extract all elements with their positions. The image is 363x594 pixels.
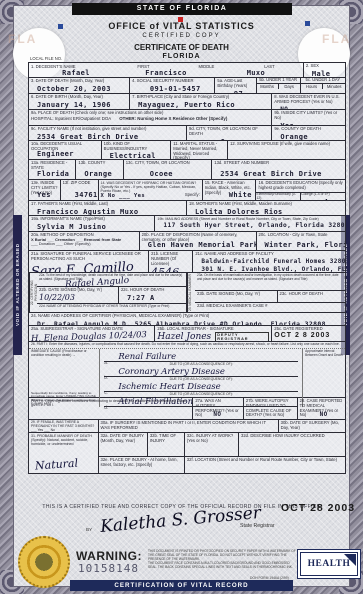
field-county-of-death: 9e. COUNTY OF DEATH Orange — [272, 126, 345, 140]
field-age: 5a. AGE-Last Birthday (Years) 97 — [215, 78, 256, 93]
field-label: 23c. HOUR OF DEATH — [280, 292, 344, 297]
field-education: 16. DECEDENT'S EDUCATION (Specify only h… — [256, 180, 344, 200]
field-occupation: 10a. DECEDENT'S USUAL OCCUPATION Enginee… — [29, 141, 102, 159]
immediate-cause-label: IMMEDIATE CAUSE (Final disease or condit… — [31, 350, 97, 358]
field-license-number: 21b. LICENSE NUMBER (Of Licensee) 4546 — [149, 251, 193, 272]
field-label: 9d. CITY, TOWN, OR LOCATION OF DEATH — [189, 127, 269, 137]
mother-name-value: Lolita Dolores Rios — [195, 208, 343, 215]
field-label: 24. NAME AND ADDRESS OF CERTIFIER (PHYSI… — [31, 314, 343, 319]
line-prefix: a. — [104, 360, 108, 365]
me-reported-value: NO — [320, 411, 328, 418]
field-funeral-licensee-signature: 21a. SIGNATURE OF FUNERAL SERVICE LICENS… — [29, 251, 149, 272]
residence-state-value: Florida — [37, 170, 69, 178]
table-row: PART II: Other significant conditions co… — [29, 398, 345, 420]
state-banner: STATE OF FLORIDA — [72, 3, 292, 15]
field-surviving-spouse: 12. SURVIVING SPOUSE (If wife, give maid… — [228, 141, 345, 159]
interval-label: Approximate Interval Between Onset and D… — [305, 350, 343, 357]
warning-label: WARNING: — [76, 549, 142, 563]
field-label: 21c. NAME AND ADDRESS OF FACILITY — [195, 252, 343, 257]
field-label: 13d. STREET AND NUMBER — [214, 161, 343, 166]
medical-examiner-block: 23. MEDICAL EXAMINER 23a. On the basis o… — [187, 273, 345, 312]
field-label: 6. DATE OF BIRTH (Month, Day, Year) — [31, 95, 127, 100]
field-me-reported: 28. CASE REPORTED TO MEDICAL EXAMINER? (… — [298, 398, 345, 419]
field-informant-name: 19a. INFORMANT'S NAME (Type/Print) Sylvi… — [29, 216, 155, 231]
table-row: 24. NAME AND ADDRESS OF CERTIFIER (PHYSI… — [29, 313, 345, 326]
field-father-name: 17. FATHER'S NAME (First, Middle, Last) … — [29, 201, 187, 215]
document-number: 10158148 — [78, 562, 139, 575]
line-prefix: b. — [104, 375, 108, 380]
field-subregistrar: 25a. SUBREGISTRAR - SIGNATURE AND DATE H… — [29, 326, 155, 341]
cause-b-value: Coronary Artery Disease — [118, 367, 225, 377]
table-row: 19a. INFORMANT'S NAME (Type/Print) Sylvi… — [29, 216, 345, 232]
field-sublabel: College (1-4 or 5+) — [301, 193, 345, 197]
field-armed-forces: 8. WAS DECEDENT EVER IN U.S. ARMED FORCE… — [272, 94, 345, 109]
father-name-value: Francisco Agustin Muxo — [37, 208, 184, 215]
field-autopsy-findings: 27b. WERE AUTOPSY FINDINGS USED TO COMPL… — [244, 398, 298, 419]
warning-text-2: THE DOCUMENT FACE CONTAINS A MULTI-COLOR… — [148, 561, 296, 569]
field-sublabel: Minutes — [323, 84, 345, 89]
field-certifier-name-address: 24. NAME AND ADDRESS OF CERTIFIER (PHYSI… — [29, 313, 345, 325]
field-label: 9c. FACILITY NAME (If not institution, g… — [31, 127, 184, 132]
field-label: 32f. LOCATION (Street and Number or Rura… — [187, 458, 343, 463]
field-label: 27b. WERE AUTOPSY FINDINGS USED TO COMPL… — [246, 399, 295, 418]
disposition-options: ___ Donation ___ Other (Specify) — [31, 242, 137, 247]
field-label: 32d. DESCRIBE HOW INJURY OCCURRED — [241, 434, 343, 439]
field-facility-name: 9c. FACILITY NAME (If not institution, g… — [29, 126, 187, 140]
field-marital-status: 11. MARITAL STATUS - Married, Never Marr… — [171, 141, 228, 159]
field-industry: 10b. KIND OF BUSINESS/INDUSTRY Electrica… — [102, 141, 172, 159]
field-label: 23a. On the basis of examination and/or … — [197, 274, 343, 281]
cause-line-a: a.Renal Failure — [104, 351, 298, 362]
field-informant-address: 19b. MAILING ADDRESS (Street and Number … — [155, 216, 345, 231]
local-file-no-label: LOCAL FILE NO. — [30, 56, 62, 61]
field-label: 30b. DATE OF SURGERY (Mo, Day, Year) — [281, 421, 343, 431]
field-label: 5a. AGE-Last Birthday (Years) — [217, 79, 253, 89]
field-zip-code: 13f. ZIP CODE 34761 — [61, 180, 99, 200]
line-prefix: c. — [104, 390, 107, 395]
state-registrar-title: State Registrar — [240, 523, 275, 529]
field-label: 23d. MEDICAL EXAMINER'S CASE # — [197, 304, 343, 309]
informant-name-value: Sylvia M Jusino — [37, 223, 152, 231]
table-row: 6. DATE OF BIRTH (Month, Day, Year) Janu… — [29, 94, 345, 110]
field-label: 19a. INFORMANT'S NAME (Type/Print) — [31, 217, 152, 222]
field-sex: 2. SEX Male — [304, 63, 345, 77]
place-of-death-other-options: OTHER: Nursing Home X Residence Other (S… — [119, 116, 227, 121]
field-label: 5c. UNDER 1 DAY — [301, 78, 345, 83]
field-label: 9b. INSIDE CITY LIMITS? (Yes or No) — [274, 111, 343, 121]
field-disposition-method: 20a. METHOD OF DISPOSITION X Burial ___ … — [29, 232, 140, 250]
field-inside-city-limits-death: 9b. INSIDE CITY LIMITS? (Yes or No) Yes — [272, 110, 345, 125]
occupation-value: Engineer — [37, 150, 74, 158]
certifying-physician-block: 22. CERTIFYING PHYSICIAN 22a. To the bes… — [29, 273, 187, 312]
warning-text-1: THIS DOCUMENT IS PRINTED OR PHOTOCOPIED … — [148, 549, 296, 561]
field-label: 8. WAS DECEDENT EVER IN U.S. ARMED FORCE… — [274, 95, 343, 105]
field-label: 13f. ZIP CODE — [63, 181, 96, 186]
table-row: 22. CERTIFYING PHYSICIAN 22a. To the bes… — [29, 273, 345, 313]
industry-value: Electrical Mechanical — [110, 153, 169, 159]
field-pregnancy: 29. IF FEMALE, WAS THERE A PREGNANCY IN … — [29, 420, 99, 432]
zip-code-value: 34761 — [75, 191, 98, 199]
field-birthplace: 7. BIRTHPLACE (City and State or Foreign… — [130, 94, 272, 109]
city-of-death-value: Ocoee — [195, 138, 269, 140]
table-row: 25a. SUBREGISTRAR - SIGNATURE AND DATE H… — [29, 326, 345, 342]
field-ssn: 4. SOCIAL SECURITY NUMBER 091-01-5457 — [130, 78, 215, 93]
table-row: 29. IF FEMALE, WAS THERE A PREGNANCY IN … — [29, 420, 345, 433]
residence-street-value: 2534 Great Birch Drive — [220, 170, 322, 178]
field-label: 7. BIRTHPLACE (City and State or Foreign… — [132, 95, 269, 100]
field-label: 32e. PLACE OF INJURY - At home, farm, st… — [101, 458, 182, 468]
facility-address-line1: Baldwin-Fairchild Funeral Homes 32804 — [201, 258, 343, 265]
certification-bottom-bar: CERTIFICATION OF VITAL RECORD — [70, 580, 293, 591]
field-label: 2. SEX — [306, 64, 343, 69]
field-label: 32b. TIME OF INJURY — [150, 434, 182, 444]
field-sublabel: Hours — [301, 84, 324, 89]
decedent-first-name: Rafael — [31, 69, 121, 77]
field-label: 10b. KIND OF BUSINESS/INDUSTRY — [104, 142, 169, 152]
field-label: 23b. DATE SIGNED (Mo, Day, Yr) — [197, 292, 275, 297]
disposition-location-value: Winter Park, Florida — [265, 241, 345, 249]
field-label: 32c. INJURY AT WORK? (Yes or No) — [187, 434, 236, 444]
field-date-of-death: 3. DATE OF DEATH (Month, Day, Year) Octo… — [29, 78, 130, 93]
field-label: 13c. CITY, TOWN, OR LOCATION — [126, 161, 209, 166]
table-row: 1. DECEDENT'S NAMEFIRSTMIDDLELAST Rafael… — [29, 63, 345, 78]
field-residence-state: 13a. RESIDENCE - STATE Florida — [29, 160, 76, 179]
residence-city-limits-value: Yes — [37, 191, 51, 199]
certifier-name-address-value: Dr. Rafael Angulo M.D. 5265 Alhambra Dri… — [37, 320, 343, 325]
field-race: 15. RACE - American Indian, Black, White… — [203, 180, 257, 200]
health-logo: HEALTH — [300, 552, 358, 576]
field-place-of-death: 9a. PLACE OF DEATH (Check only one; see … — [29, 110, 272, 125]
date-signed-value: 10/22/03 — [39, 293, 116, 302]
field-under-1-year: 5b. UNDER 1 YEAR MonthsDays — [257, 78, 301, 93]
field-under-1-day: 5c. UNDER 1 DAY HoursMinutes — [301, 78, 345, 93]
decedent-middle-name: Francisco — [121, 69, 211, 77]
injury-section: 31. PROBABLE MANNER OF DEATH (Specify): … — [29, 433, 345, 473]
void-band-left: VOID IF ALTERED OR ERASED — [13, 215, 22, 355]
table-row: 13e. INSIDE CITY LIMITS? (Yes or No) Yes… — [29, 180, 345, 201]
field-part2: PART II: Other significant conditions co… — [29, 398, 193, 419]
race-value: White — [229, 191, 252, 199]
medical-examiner-side-label: 23. MEDICAL EXAMINER — [187, 273, 195, 312]
field-label: 32a. DATE OF INJURY (Month, Day, Year) — [101, 434, 145, 444]
field-label: 30a. IF SURGERY IS MENTIONED IN PART I o… — [101, 421, 276, 431]
field-hispanic-origin: 14. WAS DECEDENT OF HISPANIC OR HAITIAN … — [99, 180, 203, 200]
field-local-registrar: 25b. LOCAL REGISTRAR - SIGNATURE Hazel J… — [155, 326, 272, 341]
field-label: 18. MOTHER'S NAME (First, Middle, Maiden… — [189, 202, 343, 207]
license-number-value: 4546 — [151, 266, 190, 272]
field-manner-of-death: 31. PROBABLE MANNER OF DEATH (Specify): … — [29, 433, 99, 473]
field-label: 16. DECEDENT'S EDUCATION (Specify only h… — [256, 180, 344, 192]
death-certificate-page: STATE OF FLORIDA FLA FLA OFFICE of VITAL… — [0, 0, 363, 594]
field-label: 19b. MAILING ADDRESS (Street and Number … — [157, 217, 343, 221]
residence-county-value: Orange — [84, 170, 112, 178]
cause-line-b: b.Coronary Artery Disease — [104, 366, 298, 377]
field-label: 11. MARITAL STATUS - Married, Never Marr… — [173, 142, 225, 159]
field-label: 3. DATE OF DEATH (Month, Day, Year) — [31, 79, 127, 84]
field-surgery-condition: 30a. IF SURGERY IS MENTIONED IN PART I o… — [99, 420, 279, 432]
hispanic-origin-value: X No ___ Yes — [101, 193, 146, 199]
local-registrar-signature: Hazel Jones — [157, 332, 211, 341]
autopsy-value: NO — [213, 411, 221, 418]
field-sublabel: Months — [257, 84, 279, 89]
field-mother-name: 18. MOTHER'S NAME (First, Middle, Maiden… — [187, 201, 345, 215]
field-label: PART II: Other significant conditions co… — [31, 399, 190, 407]
field-residence-city: 13c. CITY, TOWN, OR LOCATION Ocoee — [124, 160, 212, 179]
field-label: 22c. HOUR OF DEATH — [121, 288, 184, 293]
date-of-birth-value: January 14, 1906 — [37, 101, 127, 109]
sex-value: Male — [312, 70, 343, 77]
decedent-last-name: Muxo — [211, 69, 301, 77]
field-label: 20c. LOCATION - City or Town, State — [259, 233, 343, 238]
cause-line-c: c.Ischemic Heart Disease — [104, 381, 298, 392]
field-label: 17. FATHER'S NAME (First, Middle, Last) — [31, 202, 184, 207]
great-seal-icon — [18, 536, 70, 588]
field-label: 13b. COUNTY — [78, 161, 120, 166]
manner-of-death-value: Natural — [35, 457, 79, 473]
hour-of-death-value: 7:27 A — [127, 294, 184, 302]
field-label: 5b. UNDER 1 YEAR — [257, 78, 300, 83]
field-decedent-name: 1. DECEDENT'S NAMEFIRSTMIDDLELAST Rafael… — [29, 63, 304, 77]
field-label: 12. SURVIVING SPOUSE (If wife, give maid… — [230, 142, 343, 147]
date-filed-stamp: OCT 28 2003 — [281, 502, 355, 514]
field-residence-county: 13b. COUNTY Orange — [76, 160, 123, 179]
field-date-registered: 25c. DATE REGISTERED OCT 2 8 2003 — [272, 326, 345, 341]
field-disposition-location: 20c. LOCATION - City or Town, State Wint… — [257, 232, 345, 250]
part1-header: 26. PART I: Enter the diseases, injuries… — [29, 342, 345, 349]
place-of-death-hospital-options: HOSPITAL: Inpatient ER/Outpatient DOA — [31, 116, 111, 121]
county-of-death-value: Orange — [280, 133, 343, 140]
facility-name-value: 2534 Great Birch Drive — [37, 133, 184, 140]
field-date-of-birth: 6. DATE OF BIRTH (Month, Day, Year) Janu… — [29, 94, 130, 109]
field-label: 21b. LICENSE NUMBER (Of Licensee) — [151, 252, 190, 266]
facility-address-line2: 301 N. E. Ivanhoe Blvd., Orlando, FL — [201, 266, 343, 272]
field-residence-city-limits: 13e. INSIDE CITY LIMITS? (Yes or No) Yes — [29, 180, 61, 200]
residence-city-value: Ocoee — [150, 170, 173, 178]
informant-address-value: 117 South Hyer Street, Orlando, Florida … — [163, 222, 343, 229]
field-label: 22d. NAME OF ATTENDING PHYSICIAN IF OTHE… — [39, 305, 184, 309]
field-residence-street: 13d. STREET AND NUMBER 2534 Great Birch … — [212, 160, 345, 179]
office-title: OFFICE of VITAL STATISTICS — [0, 21, 363, 31]
field-sublabel: Specify: — [185, 193, 200, 199]
field-autopsy: 27a. WAS AN AUTOPSY PERFORMED? (Yes or N… — [193, 398, 244, 419]
certified-copy-label: CERTIFIED COPY — [0, 33, 363, 39]
inside-city-limits-value: Yes — [280, 122, 343, 125]
date-registered-stamp: OCT 2 8 2003 — [274, 332, 343, 339]
certificate-form: 1. DECEDENT'S NAMEFIRSTMIDDLELAST Rafael… — [28, 62, 346, 474]
field-disposition-place: 20b. PLACE OF DISPOSITION (Name of cemet… — [140, 232, 257, 250]
table-row: 9a. PLACE OF DEATH (Check only one; see … — [29, 110, 345, 126]
education-college-value: 4 — [307, 198, 345, 200]
field-label: 4. SOCIAL SECURITY NUMBER — [132, 79, 212, 84]
table-row: 9c. FACILITY NAME (If not institution, g… — [29, 126, 345, 141]
table-row: 17. FATHER'S NAME (First, Middle, Last) … — [29, 201, 345, 216]
field-label: 9e. COUNTY OF DEATH — [274, 127, 343, 132]
cause-c-value: Ischemic Heart Disease — [118, 382, 220, 392]
table-row: 3. DATE OF DEATH (Month, Day, Year) Octo… — [29, 78, 345, 94]
field-label: 29. IF FEMALE, WAS THERE A PREGNANCY IN … — [31, 421, 96, 432]
table-row: 21a. SIGNATURE OF FUNERAL SERVICE LICENS… — [29, 251, 345, 273]
certificate-title: CERTIFICATE OF DEATH — [0, 43, 363, 52]
birthplace-value: Mayaguez, Puerto Rico — [138, 101, 269, 109]
age-value: 97 — [223, 90, 253, 93]
cause-of-death-section: 26. PART I: Enter the diseases, injuries… — [29, 342, 345, 398]
deputy-registrar-stamp: DEPUTY REGISTRAR — [215, 332, 269, 341]
field-label: 31. PROBABLE MANNER OF DEATH (Specify): … — [31, 434, 96, 446]
field-city-of-death: 9d. CITY, TOWN, OR LOCATION OF DEATH Oco… — [187, 126, 272, 140]
armed-forces-value: NO — [280, 106, 343, 109]
field-facility-address: 21c. NAME AND ADDRESS OF FACILITY Baldwi… — [193, 251, 345, 272]
ssn-value: 091-01-5457 — [138, 85, 212, 93]
disposition-place-value: Glen Haven Memorial Park — [148, 241, 257, 249]
cause-a-value: Renal Failure — [118, 352, 176, 362]
table-row: 20a. METHOD OF DISPOSITION X Burial ___ … — [29, 232, 345, 251]
date-of-death-value: October 20, 2003 — [37, 85, 127, 93]
table-row: 10a. DECEDENT'S USUAL OCCUPATION Enginee… — [29, 141, 345, 160]
field-sublabel: Elementary/Secondary (0-12) — [256, 193, 300, 200]
field-surgery-date: 30b. DATE OF SURGERY (Mo, Day, Year) — [279, 420, 345, 432]
table-row: 13a. RESIDENCE - STATE Florida 13b. COUN… — [29, 160, 345, 180]
field-sublabel: Days — [279, 84, 300, 89]
certifying-physician-side-label: 22. CERTIFYING PHYSICIAN — [29, 273, 37, 312]
by-label: BY — [86, 527, 92, 532]
